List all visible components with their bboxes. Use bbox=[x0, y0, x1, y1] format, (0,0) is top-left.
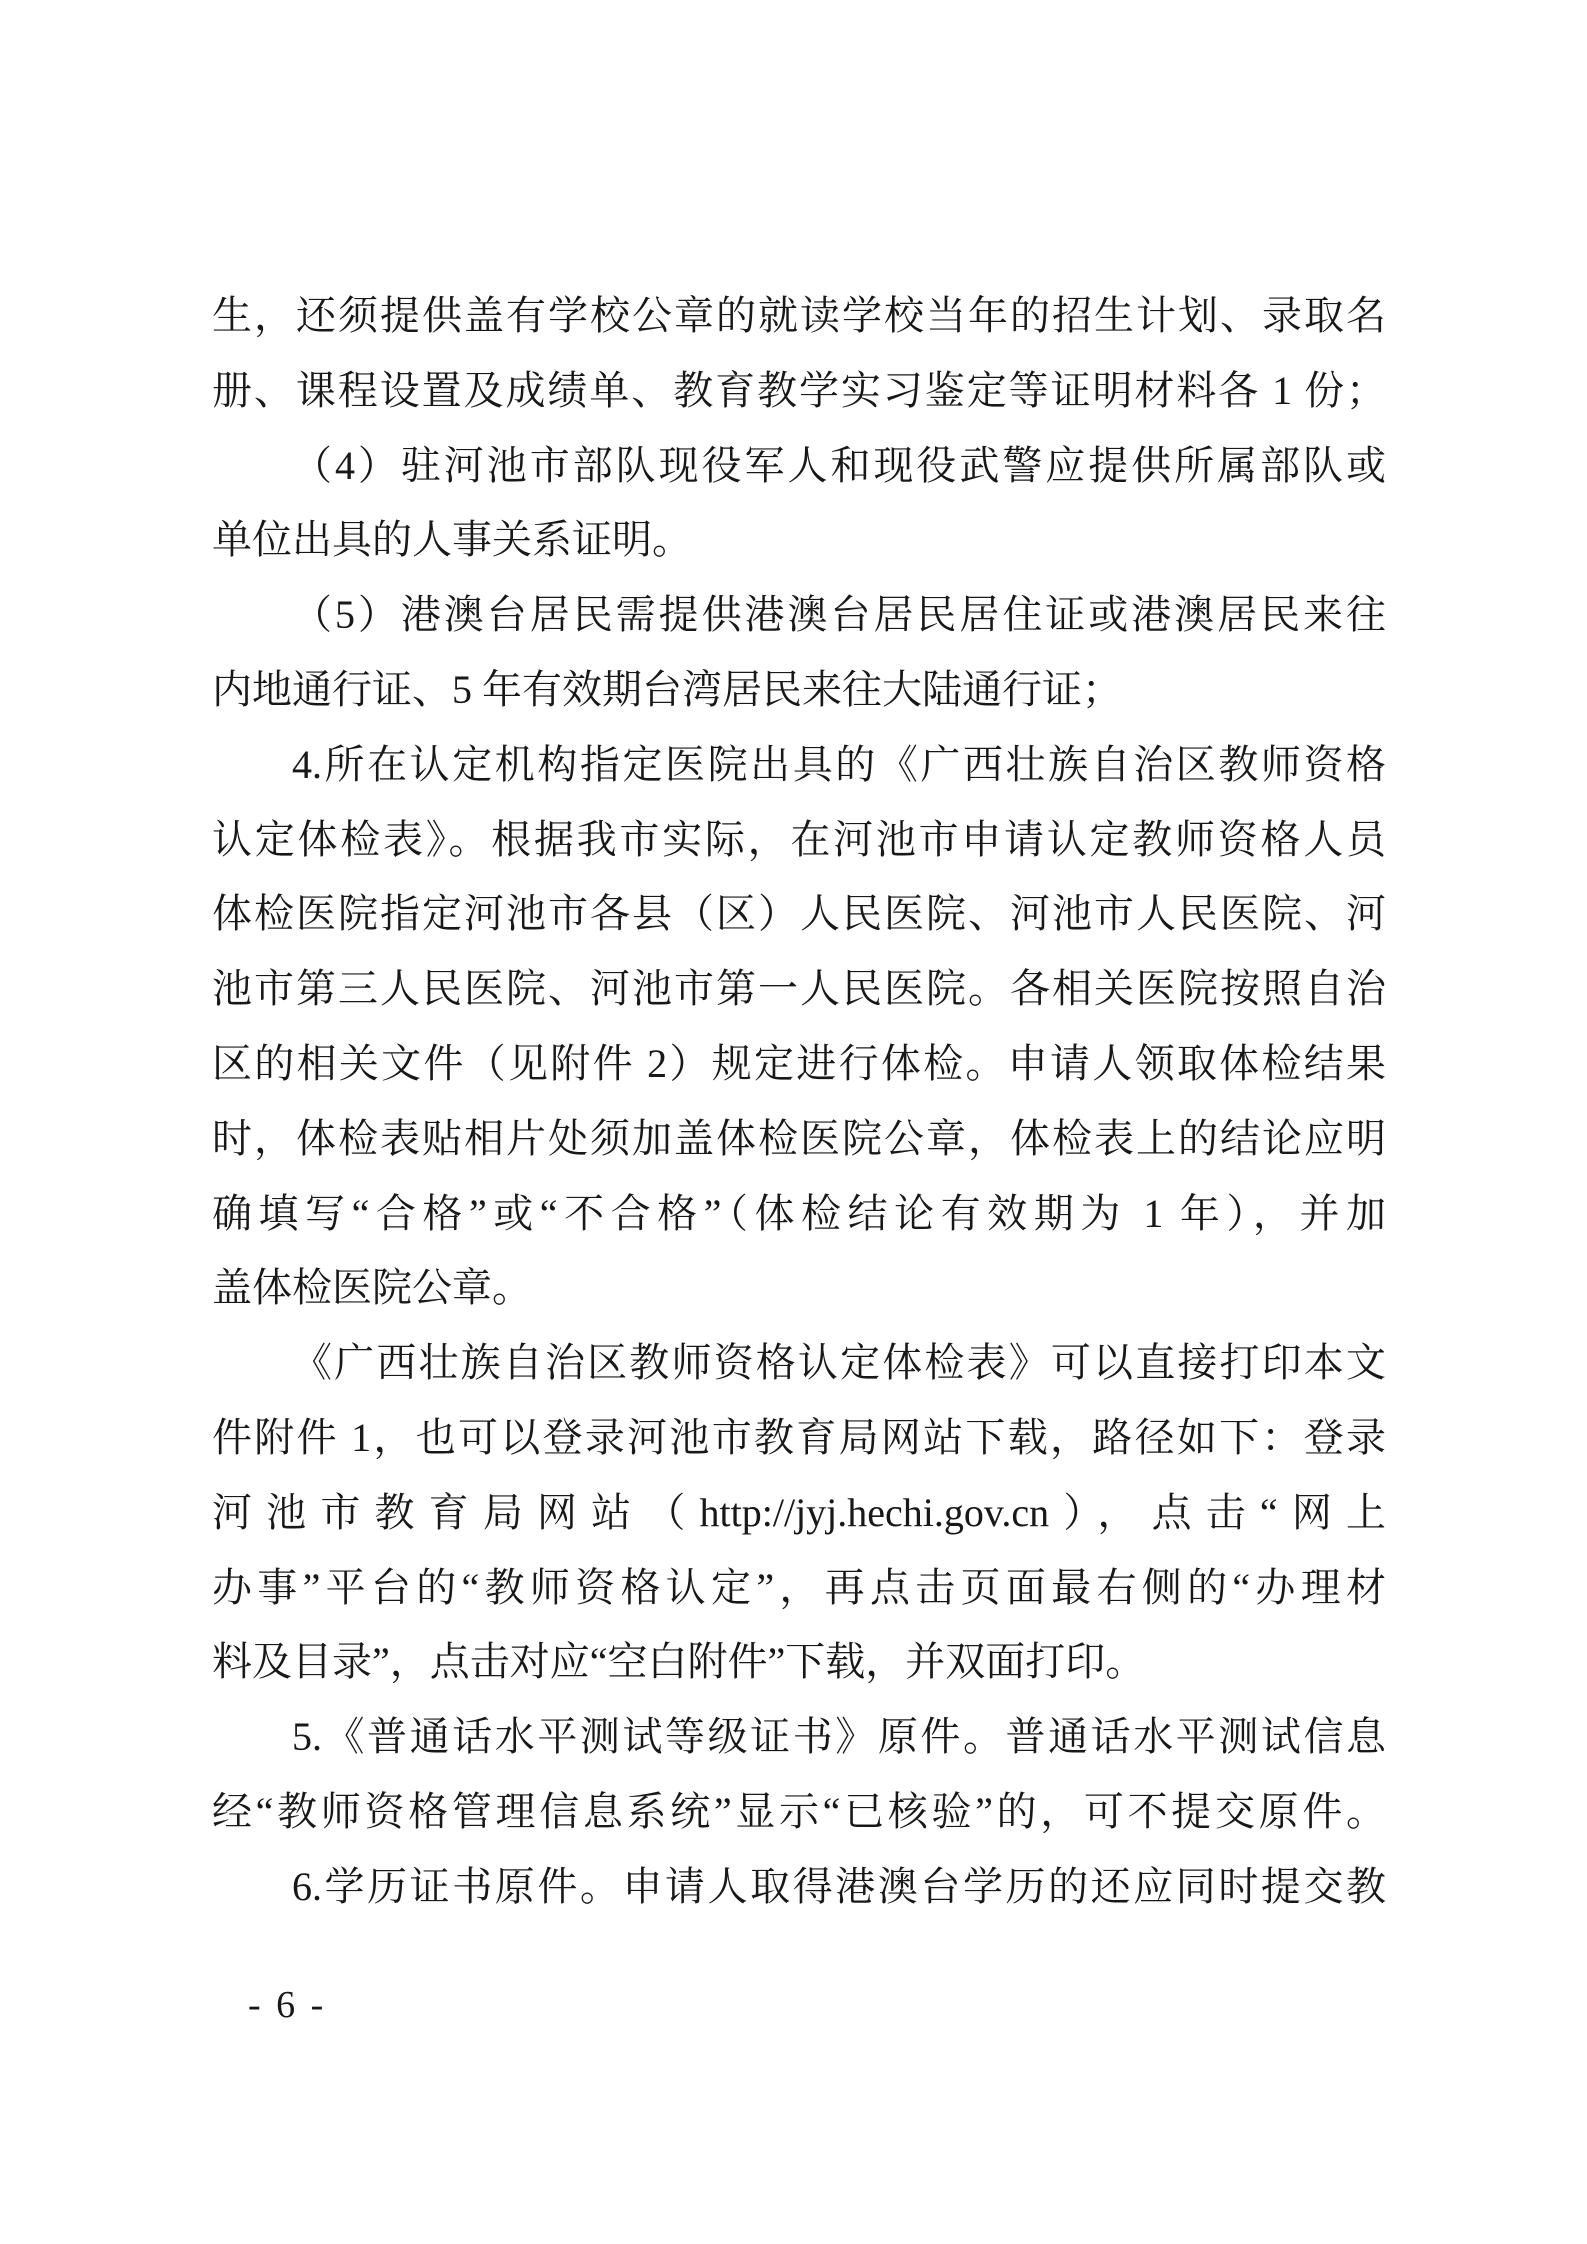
text-line: 5.《普通话水平测试等级证书》原件。普通话水平测试信息 bbox=[212, 1700, 1386, 1775]
text-line: 体检医院指定河池市各县（区）人民医院、河池市人民医院、河 bbox=[212, 877, 1386, 952]
text-line: 料及目录”，点击对应“空白附件”下载，并双面打印。 bbox=[212, 1625, 1386, 1700]
text-line: 册、课程设置及成绩单、教育教学实习鉴定等证明材料各 1 份； bbox=[212, 354, 1386, 429]
text-line: 件附件 1，也可以登录河池市教育局网站下载，路径如下：登录 bbox=[212, 1401, 1386, 1476]
page-footer: - 6 - bbox=[248, 1983, 326, 2027]
text-line: 经“教师资格管理信息系统”显示“已核验”的，可不提交原件。 bbox=[212, 1775, 1386, 1850]
text-line: 区的相关文件（见附件 2）规定进行体检。申请人领取体检结果 bbox=[212, 1027, 1386, 1102]
text-line: 单位出具的人事关系证明。 bbox=[212, 503, 1386, 578]
text-line: 池市第三人民医院、河池市第一人民医院。各相关医院按照自治 bbox=[212, 952, 1386, 1027]
text-line: （5）港澳台居民需提供港澳台居民居住证或港澳居民来往 bbox=[212, 578, 1386, 653]
text-line: 认定体检表》。根据我市实际，在河池市申请认定教师资格人员 bbox=[212, 803, 1386, 878]
text-line: （4）驻河池市部队现役军人和现役武警应提供所属部队或 bbox=[212, 429, 1386, 504]
document-page: 生，还须提供盖有学校公章的就读学校当年的招生计划、录取名册、课程设置及成绩单、教… bbox=[0, 0, 1587, 2244]
text-line: 时，体检表贴相片处须加盖体检医院公章，体检表上的结论应明 bbox=[212, 1102, 1386, 1177]
page-number: - 6 - bbox=[248, 1984, 326, 2026]
document-body: 生，还须提供盖有学校公章的就读学校当年的招生计划、录取名册、课程设置及成绩单、教… bbox=[212, 279, 1386, 1925]
text-line: 确填写“合格”或“不合格”（体检结论有效期为 1 年），并加 bbox=[212, 1177, 1386, 1252]
text-line: 《广西壮族自治区教师资格认定体检表》可以直接打印本文 bbox=[212, 1326, 1386, 1401]
text-line: 河池市教育局网站（http://jyj.hechi.gov.cn），点击“网上 bbox=[212, 1476, 1386, 1551]
text-line: 办事”平台的“教师资格认定”，再点击页面最右侧的“办理材 bbox=[212, 1551, 1386, 1626]
text-line: 盖体检医院公章。 bbox=[212, 1251, 1386, 1326]
text-line: 4.所在认定机构指定医院出具的《广西壮族自治区教师资格 bbox=[212, 728, 1386, 803]
text-line: 内地通行证、5 年有效期台湾居民来往大陆通行证； bbox=[212, 653, 1386, 728]
text-line: 6.学历证书原件。申请人取得港澳台学历的还应同时提交教 bbox=[212, 1850, 1386, 1925]
text-line: 生，还须提供盖有学校公章的就读学校当年的招生计划、录取名 bbox=[212, 279, 1386, 354]
